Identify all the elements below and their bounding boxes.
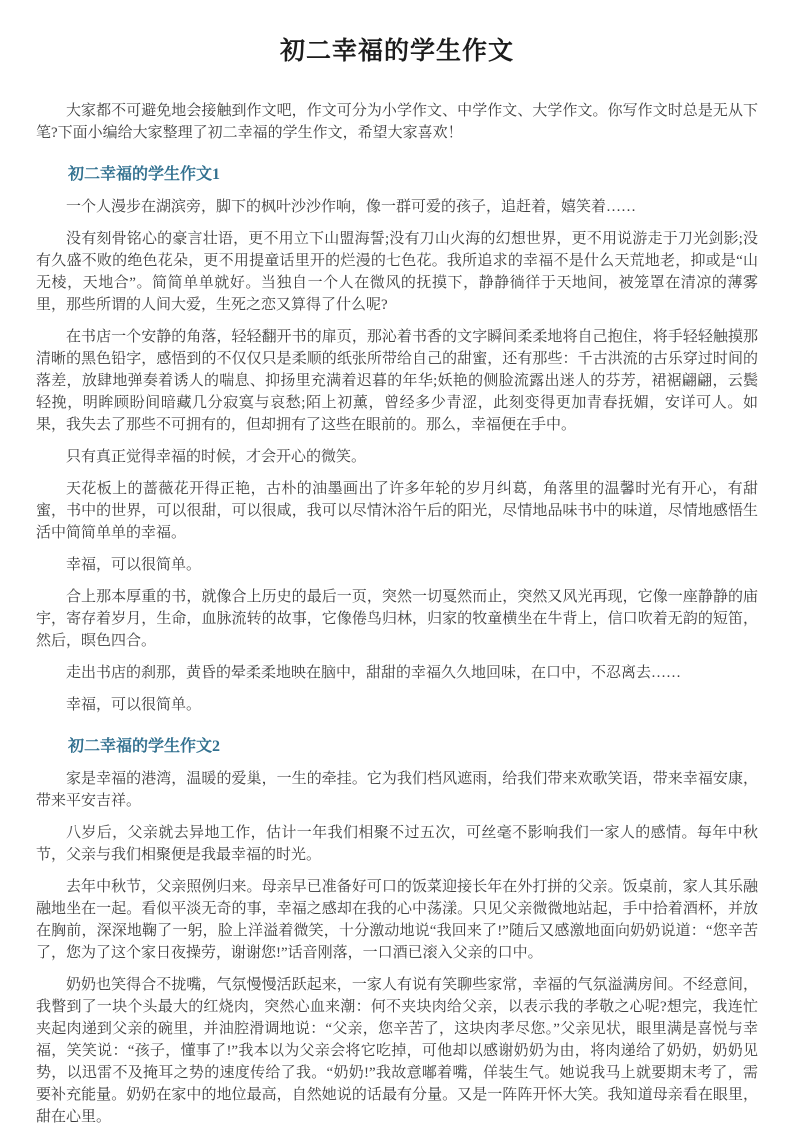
essay-1-paragraph-6: 幸福，可以很简单。 <box>36 554 758 576</box>
essay-1-heading: 初二幸福的学生作文1 <box>36 164 758 186</box>
intro-paragraph: 大家都不可避免地会接触到作文吧，作文可分为小学作文、中学作文、大学作文。你写作文… <box>36 100 758 144</box>
essay-1-paragraph-5: 天花板上的蔷薇花开得正艳，古朴的油墨画出了许多年轮的岁月纠葛，角落里的温馨时光有… <box>36 478 758 544</box>
essay-2-paragraph-3: 去年中秋节，父亲照例归来。母亲早已准备好可口的饭菜迎接长年在外打拼的父亲。饭桌前… <box>36 876 758 964</box>
essay-2-paragraph-1: 家是幸福的港湾，温暖的爱巢，一生的牵挂。它为我们档风遮雨，给我们带来欢歌笑语，带… <box>36 768 758 812</box>
document-page: 初二幸福的学生作文 大家都不可避免地会接触到作文吧，作文可分为小学作文、中学作文… <box>0 0 794 1123</box>
essay-1-paragraph-1: 一个人漫步在湖滨旁，脚下的枫叶沙沙作响，像一群可爱的孩子，追赶着，嬉笑着…… <box>36 196 758 218</box>
essay-2-paragraph-2: 八岁后，父亲就去异地工作，估计一年我们相聚不过五次，可丝毫不影响我们一家人的感情… <box>36 822 758 866</box>
essay-1-paragraph-7: 合上那本厚重的书，就像合上历史的最后一页，突然一切戛然而止，突然又风光再现，它像… <box>36 586 758 652</box>
document-title: 初二幸福的学生作文 <box>36 34 758 68</box>
essay-section-2: 初二幸福的学生作文2 家是幸福的港湾，温暖的爱巢，一生的牵挂。它为我们档风遮雨，… <box>36 736 758 1123</box>
essay-1-paragraph-9: 幸福，可以很简单。 <box>36 694 758 716</box>
essay-2-paragraph-4: 奶奶也笑得合不拢嘴，气氛慢慢活跃起来，一家人有说有笑聊些家常，幸福的气氛溢满房间… <box>36 974 758 1123</box>
essay-1-paragraph-4: 只有真正觉得幸福的时候，才会开心的微笑。 <box>36 446 758 468</box>
essay-1-paragraph-3: 在书店一个安静的角落，轻轻翻开书的扉页，那沁着书香的文字瞬间柔柔地将自己抱住，将… <box>36 326 758 436</box>
essay-1-paragraph-2: 没有刻骨铭心的豪言壮语，更不用立下山盟海誓;没有刀山火海的幻想世界，更不用说游走… <box>36 228 758 316</box>
essay-section-1: 初二幸福的学生作文1 一个人漫步在湖滨旁，脚下的枫叶沙沙作响，像一群可爱的孩子，… <box>36 164 758 716</box>
essay-1-paragraph-8: 走出书店的刹那，黄昏的晕柔柔地映在脑中，甜甜的幸福久久地回味，在口中，不忍离去…… <box>36 662 758 684</box>
essay-2-heading: 初二幸福的学生作文2 <box>36 736 758 758</box>
